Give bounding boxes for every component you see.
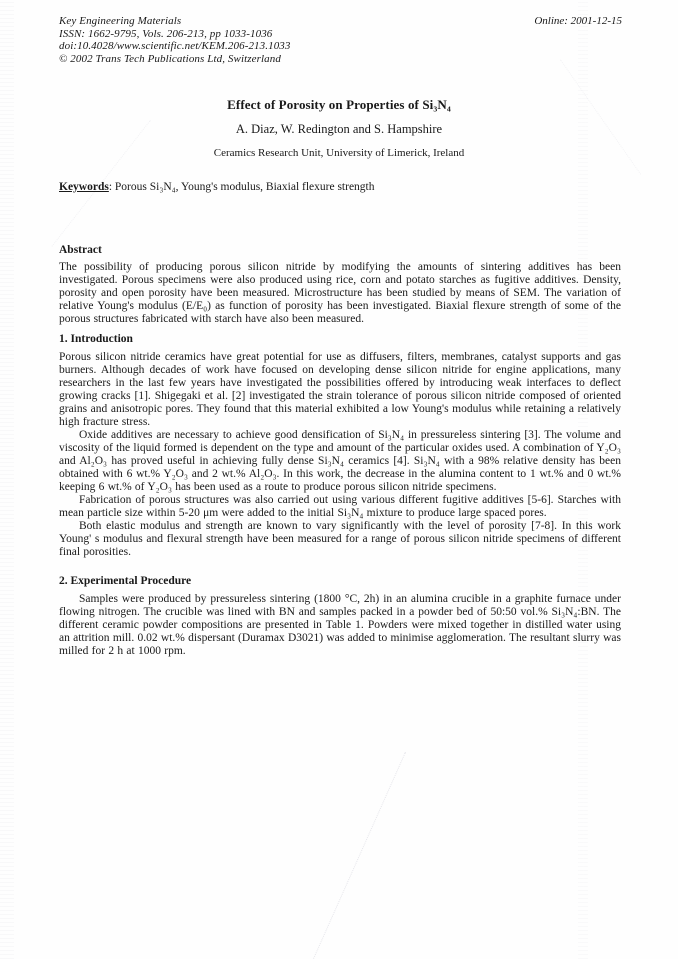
journal-name: Key Engineering Materials: [59, 15, 291, 28]
issn-line: ISSN: 1662-9795, Vols. 206-213, pp 1033-…: [59, 28, 291, 41]
abstract-body: The possibility of producing porous sili…: [59, 261, 621, 326]
abstract-heading: Abstract: [59, 244, 621, 257]
paper-page: Key Engineering Materials ISSN: 1662-979…: [0, 0, 678, 959]
paragraph: Porous silicon nitride ceramics have gre…: [59, 351, 621, 429]
page-body: Keywords: Porous Si₃N₄, Young's modulus,…: [59, 181, 621, 658]
watermark-line: [311, 752, 405, 959]
paragraph: Oxide additives are necessary to achieve…: [59, 429, 621, 494]
paragraph: Both elastic modulus and strength are kn…: [59, 520, 621, 559]
paragraph: Fabrication of porous structures was als…: [59, 494, 621, 520]
journal-citation-block: Key Engineering Materials ISSN: 1662-979…: [59, 15, 291, 65]
authors-line: A. Diaz, W. Redington and S. Hampshire: [0, 122, 678, 137]
keywords-line: Keywords: Porous Si₃N₄, Young's modulus,…: [59, 181, 621, 194]
keywords-label: Keywords: [59, 181, 109, 193]
section-heading-introduction: 1. Introduction: [59, 333, 621, 346]
copyright-line: © 2002 Trans Tech Publications Ltd, Swit…: [59, 53, 291, 66]
section-heading-experimental: 2. Experimental Procedure: [59, 575, 621, 588]
online-date: Online: 2001-12-15: [534, 15, 622, 28]
title-block: Effect of Porosity on Properties of Si₃N…: [0, 97, 678, 159]
doi-line: doi:10.4028/www.scientific.net/KEM.206-2…: [59, 40, 291, 53]
keywords-text: : Porous Si₃N₄, Young's modulus, Biaxial…: [109, 181, 375, 193]
affiliation-line: Ceramics Research Unit, University of Li…: [0, 147, 678, 159]
paper-title: Effect of Porosity on Properties of Si₃N…: [0, 97, 678, 113]
paragraph: Samples were produced by pressureless si…: [59, 593, 621, 658]
